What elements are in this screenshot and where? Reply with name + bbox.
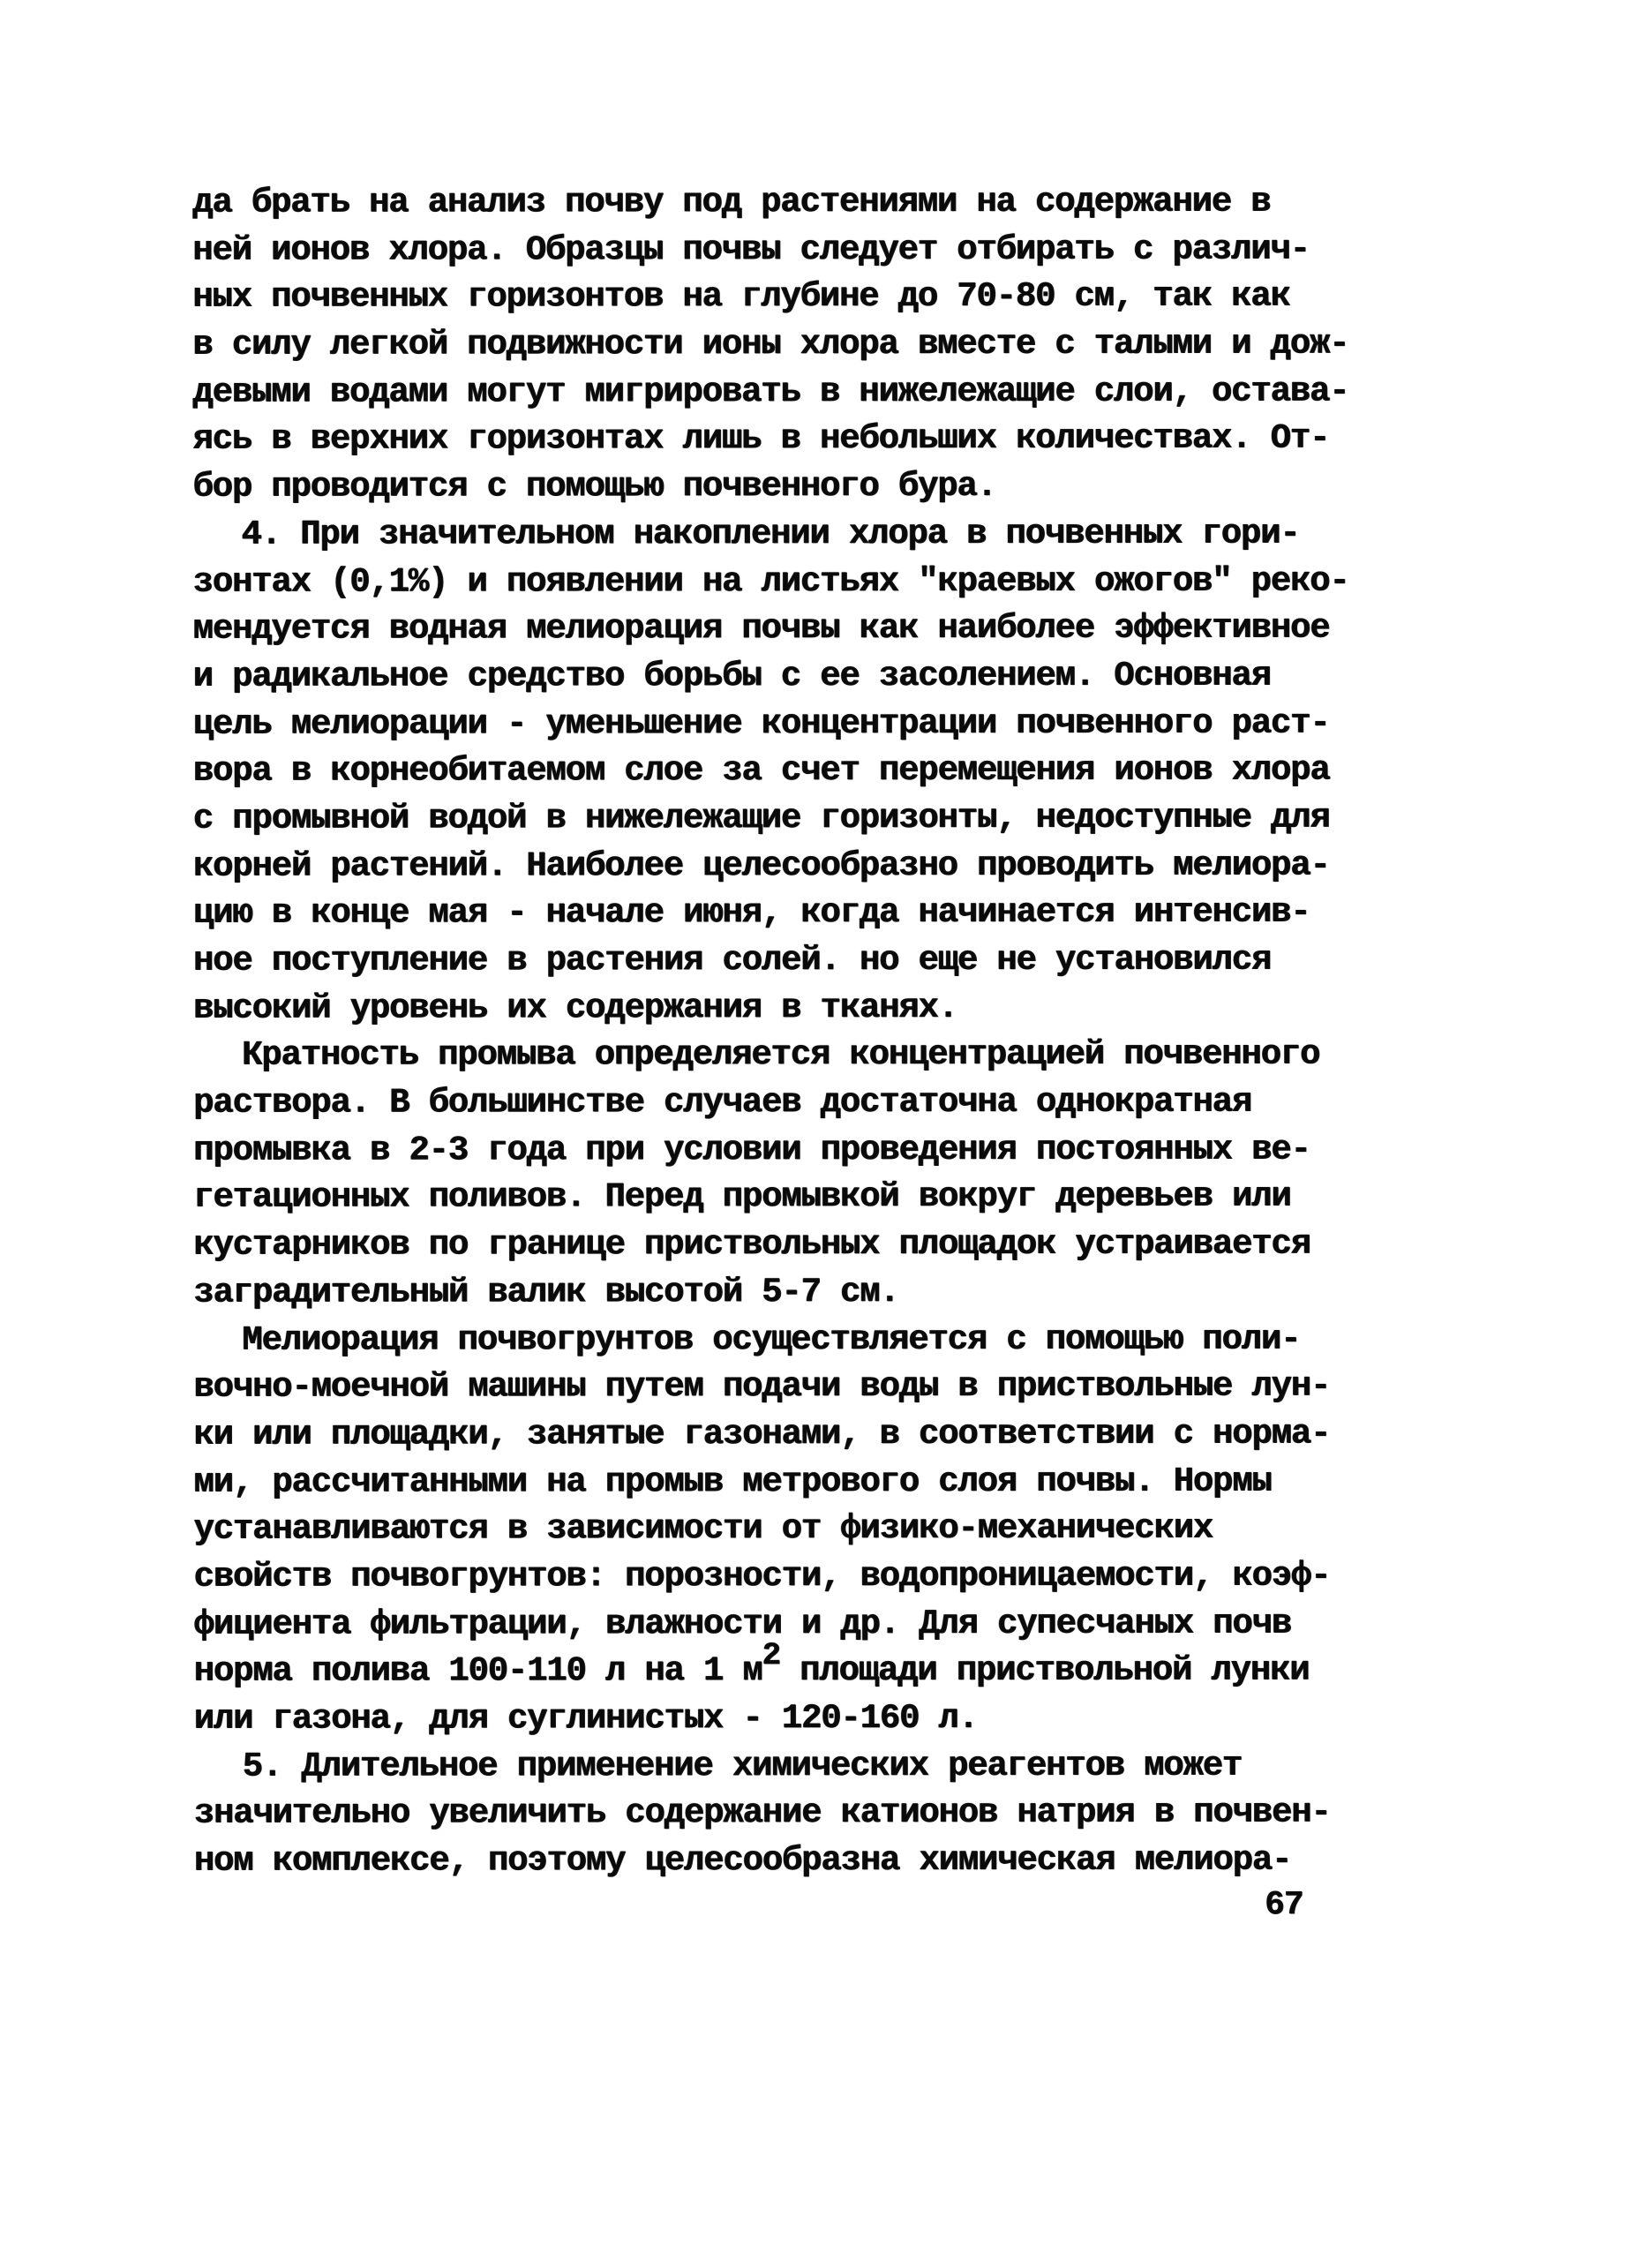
text-line-7: бор проводится с помощью почвенного бура…	[192, 463, 1445, 512]
text-line-15: корней растений. Наиболее целесообразно …	[193, 842, 1446, 891]
text-line-11: и радикальное средство борьбы с ее засол…	[193, 652, 1446, 701]
text-line-30: свойств почвогрунтов: порозности, водопр…	[194, 1552, 1447, 1601]
text-line-17: ное поступление в растения солей. но еще…	[193, 936, 1446, 985]
text-line-14: с промывной водой в нижележащие горизонт…	[193, 794, 1446, 843]
text-line-25: Мелиорация почвогрунтов осуществляется с…	[193, 1316, 1446, 1364]
text-line-3: ных почвенных горизонтов на глубине до 7…	[192, 274, 1445, 322]
superscript-2: 2	[762, 1637, 780, 1673]
text-line-20: раствора. В большинстве случаев достаточ…	[193, 1078, 1446, 1127]
text-line-6: ясь в верхних горизонтах лишь в небольши…	[192, 416, 1445, 464]
text-line-35: значительно увеличить содержание катионо…	[194, 1790, 1447, 1838]
text-line-16: цию в конце мая - начале июня, когда нач…	[193, 890, 1446, 938]
text-line-8: 4. При значительном накоплении хлора в п…	[192, 510, 1445, 559]
text-line-33: или газона, для суглинистых - 120-160 л.	[194, 1695, 1447, 1743]
text-line-19: Кратность промыва определяется концентра…	[193, 1032, 1446, 1080]
text-line-18: высокий уровень их содержания в тканях.	[193, 984, 1446, 1033]
document-page: да брать на анализ почву под растениями …	[0, 0, 1652, 2262]
text-line-34: 5. Длительное применение химических реаг…	[194, 1742, 1447, 1791]
body-text: да брать на анализ почву под растениями …	[192, 178, 1447, 1885]
text-line-28: ми, рассчитанными на промыв метрового сл…	[193, 1458, 1446, 1507]
text-line-27: ки или площадки, занятые газонами, в соо…	[193, 1410, 1446, 1459]
text-line-26: вочно-моечной машины путем подачи воды в…	[193, 1364, 1446, 1412]
text-line-5: девыми водами могут мигрировать в нижеле…	[192, 368, 1445, 417]
text-line-21: промывка в 2-3 года при условии проведен…	[193, 1126, 1446, 1175]
text-line-23: кустарников по границе приствольных площ…	[193, 1221, 1446, 1270]
text-line-24: заградительный валик высотой 5-7 см.	[193, 1268, 1446, 1317]
text-line-10: мендуется водная мелиорация почвы как на…	[193, 605, 1446, 654]
text-line-32: норма полива 100-110 л на 1 м2 площади п…	[194, 1648, 1447, 1696]
text-line-2: ней ионов хлора. Образцы почвы следует о…	[192, 226, 1445, 274]
text-line-22: гетационных поливов. Перед промывкой вок…	[193, 1174, 1446, 1222]
text-line-12: цель мелиорации - уменьшение концентраци…	[193, 700, 1446, 748]
text-line-31: фициента фильтрации, влажности и др. Для…	[194, 1600, 1447, 1649]
text-line-36: ном комплексе, поэтому целесообразна хим…	[194, 1837, 1447, 1885]
text-line-4: в силу легкой подвижности ионы хлора вме…	[192, 320, 1445, 369]
text-line-9: зонтах (0,1%) и появлении на листьях "кр…	[193, 558, 1446, 606]
text-line-29: устанавливаются в зависимости от физико-…	[193, 1506, 1446, 1554]
page-number: 67	[1265, 1889, 1303, 1922]
text-line-1: да брать на анализ почву под растениями …	[192, 178, 1445, 227]
text-line-13: вора в корнеобитаемом слое за счет перем…	[193, 748, 1446, 796]
